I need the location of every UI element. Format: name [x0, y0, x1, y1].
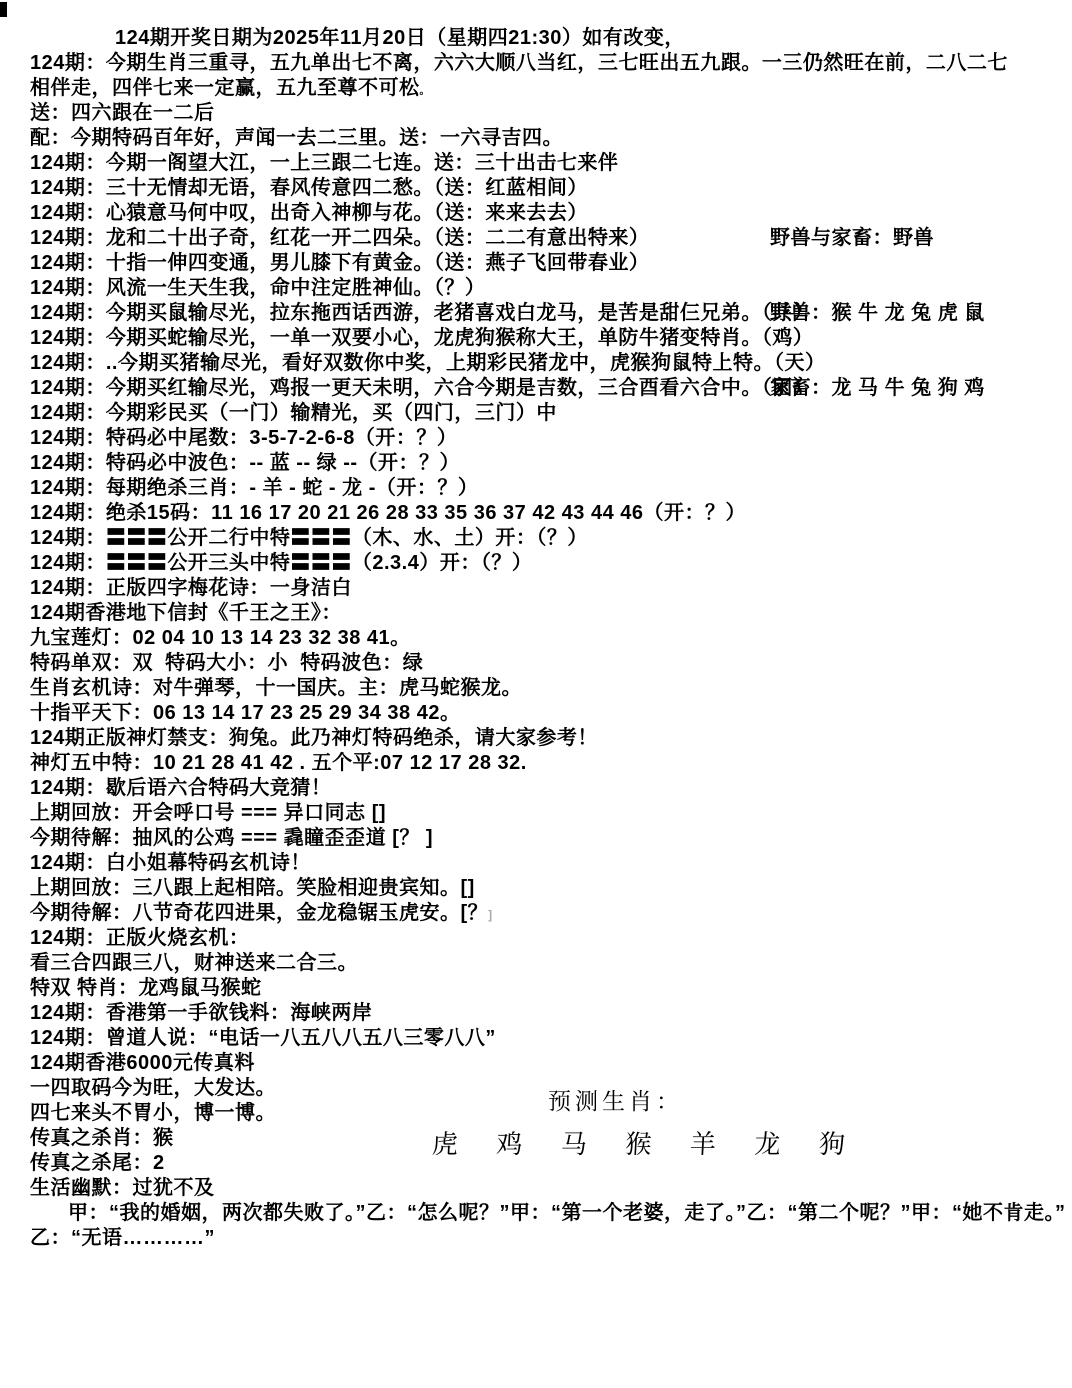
text-line-content: 特码单双：双 特码大小：小 特码波色：绿 — [30, 652, 423, 674]
text-line: 124期：曾道人说：“电话一八五八八五八三零八八” — [30, 1026, 1072, 1051]
text-line: 124期：正版四字梅花诗：一身洁白 — [30, 576, 1072, 601]
text-line-content: 124期：今期彩民买（一门）输精光，买（四门，三门）中 — [30, 402, 557, 424]
text-line: 124期：今期一阁望大江，一上三跟二七连。送：三十出击七来伴 — [30, 151, 1072, 176]
text-line: 124期：今期生肖三重寻，五九单出七不离，六六大顺八当红，三七旺出五九跟。一三仍… — [30, 51, 1072, 76]
text-line-content: 相伴走，四伴七来一定赢，五九至尊不可松 — [30, 77, 420, 99]
text-line: 神灯五中特：10 21 28 41 42 . 五个平:07 12 17 28 3… — [30, 751, 1072, 776]
text-line-content: 124期：特码必中波色：-- 蓝 -- 绿 --（开：？） — [30, 452, 460, 474]
text-line-content: 一四取码今为旺，大发达。 — [30, 1077, 276, 1099]
text-line-content: 上期回放：三八跟上起相陪。笑脸相迎贵宾知。[] — [30, 877, 475, 899]
text-line: 相伴走，四伴七来一定赢，五九至尊不可松。 — [30, 76, 1072, 101]
text-line-content: 九宝莲灯：02 04 10 13 14 23 32 38 41。 — [30, 627, 411, 649]
text-line-content: 124期：白小姐幕特码玄机诗！ — [30, 852, 311, 874]
text-line: 乙：“无语…………” — [30, 1226, 1072, 1251]
beast-block-domestic: 家畜：龙 马 牛 兔 狗 鸡 — [770, 376, 985, 401]
text-line: 124期香港6000元传真料 — [30, 1051, 1072, 1076]
text-line: 生活幽默：过犹不及 — [30, 1176, 1072, 1201]
text-line-content: 配：今期特码百年好，声闻一去二三里。送：一六寻吉四。 — [30, 127, 563, 149]
text-line-content: 神灯五中特：10 21 28 41 42 . 五个平:07 12 17 28 3… — [30, 752, 527, 774]
text-line: 124期：〓〓〓公开三头中特〓〓〓（2.3.4）开：（？） — [30, 551, 1072, 576]
text-line-content: 124期香港地下信封《千王之王》： — [30, 602, 342, 624]
text-line: 124期：香港第一手欲钱料：海峡两岸 — [30, 1001, 1072, 1026]
beast-block-header: 野兽与家畜：野兽 — [770, 226, 985, 251]
text-line: 上期回放：三八跟上起相陪。笑脸相迎贵宾知。[] — [30, 876, 1072, 901]
text-line: 124期：正版火烧玄机： — [30, 926, 1072, 951]
text-line-content: 124期：每期绝杀三肖：- 羊 - 蛇 - 龙 -（开：？） — [30, 477, 478, 499]
text-line: 配：今期特码百年好，声闻一去二三里。送：一六寻吉四。 — [30, 126, 1072, 151]
text-line: 上期回放：开会呼口号 === 异口同志 [] — [30, 801, 1072, 826]
text-line-content: 124期正版神灯禁支：狗兔。此乃神灯特码绝杀，请大家参考！ — [30, 727, 598, 749]
text-line-content: 124期：风流一生天生我，命中注定胜神仙。（？） — [30, 277, 485, 299]
text-line-content: 十指平天下：06 13 14 17 23 25 29 34 38 42。 — [30, 702, 460, 724]
text-line-content: 124期：龙和二十出子奇，红花一开二四朵。（送：二二有意出特来） — [30, 227, 649, 249]
text-line-content: 124期：绝杀15码：11 16 17 20 21 26 28 33 35 36… — [30, 502, 746, 524]
lottery-fax-sheet: 124期开奖日期为2025年11月20日（星期四21:30）如有改变，124期：… — [0, 0, 1072, 1388]
text-line: 今期待解：抽风的公鸡 === 毳瞳歪歪道 [？ ] — [30, 826, 1072, 851]
draw-date-title: 124期开奖日期为2025年11月20日（星期四21:30）如有改变， — [115, 26, 1072, 51]
small-suffix-mark: 。 — [420, 86, 431, 97]
text-line-content: 生活幽默：过犹不及 — [30, 1177, 215, 1199]
text-line-content: 124期：〓〓〓公开二行中特〓〓〓（木、水、土）开：（？） — [30, 527, 588, 549]
text-line-content: 124期：心猿意马何中叹，出奇入神柳与花。（送：来来去去） — [30, 202, 588, 224]
text-line: 送：四六跟在一二后 — [30, 101, 1072, 126]
scan-corner-mark — [0, 2, 7, 17]
forecast-zodiac-label: 预测生肖： — [548, 1083, 683, 1116]
text-line-content: 124期：今期生肖三重寻，五九单出七不离，六六大顺八当红，三七旺出五九跟。一三仍… — [30, 52, 1008, 74]
text-line: 特码单双：双 特码大小：小 特码波色：绿 — [30, 651, 1072, 676]
text-line: 今期待解：八节奇花四进果，金龙稳锯玉虎安。[？] — [30, 901, 1072, 926]
text-line: 九宝莲灯：02 04 10 13 14 23 32 38 41。 — [30, 626, 1072, 651]
text-line-content: 今期待解：八节奇花四进果，金龙稳锯玉虎安。[？ — [30, 902, 488, 924]
text-line: 看三合四跟三八，财神送来二合三。 — [30, 951, 1072, 976]
text-line-content: 124期：香港第一手欲钱料：海峡两岸 — [30, 1002, 372, 1024]
text-line: 生肖玄机诗：对牛弹琴，十一国庆。主：虎马蛇猴龙。 — [30, 676, 1072, 701]
text-line-content: 乙：“无语…………” — [30, 1227, 215, 1249]
text-line: 124期：特码必中波色：-- 蓝 -- 绿 --（开：？） — [30, 451, 1072, 476]
text-line: 124期香港地下信封《千王之王》： — [30, 601, 1072, 626]
text-line-content: 124期：今期一阁望大江，一上三跟二七连。送：三十出击七来伴 — [30, 152, 618, 174]
text-line-content: 送：四六跟在一二后 — [30, 102, 215, 124]
text-line-content: 124期：正版火烧玄机： — [30, 927, 249, 949]
text-line-content: 上期回放：开会呼口号 === 异口同志 [] — [30, 802, 386, 824]
beast-vs-domestic-block: 野兽与家畜：野兽 野兽：猴 牛 龙 兔 虎 鼠 家畜：龙 马 牛 兔 狗 鸡 — [770, 176, 985, 451]
text-line: 124期：〓〓〓公开二行中特〓〓〓（木、水、土）开：（？） — [30, 526, 1072, 551]
text-line-content: 生肖玄机诗：对牛弹琴，十一国庆。主：虎马蛇猴龙。 — [30, 677, 522, 699]
text-line-content: 124期香港6000元传真料 — [30, 1052, 255, 1074]
text-line: 124期：白小姐幕特码玄机诗！ — [30, 851, 1072, 876]
beast-block-wild: 野兽：猴 牛 龙 兔 虎 鼠 — [770, 301, 985, 326]
text-line-content: 传真之杀尾：2 — [30, 1152, 165, 1174]
faint-suffix-mark: ] — [488, 908, 493, 922]
text-line: 124期：每期绝杀三肖：- 羊 - 蛇 - 龙 -（开：？） — [30, 476, 1072, 501]
text-line: 124期：歇后语六合特码大竞猜！ — [30, 776, 1072, 801]
text-line: 特双 特肖：龙鸡鼠马猴蛇 — [30, 976, 1072, 1001]
text-line-content: 124期：今期买蛇输尽光，一单一双要小心，龙虎狗猴称大王，单防牛猪变特肖。（鸡） — [30, 327, 813, 349]
text-line: 124期正版神灯禁支：狗兔。此乃神灯特码绝杀，请大家参考！ — [30, 726, 1072, 751]
text-line: 甲：“我的婚姻，两次都失败了。”乙：“怎么呢？”甲：“第一个老婆，走了。”乙：“… — [30, 1201, 1072, 1226]
text-line-content: 看三合四跟三八，财神送来二合三。 — [30, 952, 358, 974]
text-line-content: 124期：今期买鼠输尽光，拉东拖西话西游，老猪喜戏白龙马，是苦是甜仨兄弟。（共） — [30, 302, 813, 324]
text-line-content: 124期：..今期买猪输尽光，看好双数你中奖，上期彩民猪龙中，虎猴狗鼠特上特。（… — [30, 352, 825, 374]
text-line-content: 124期：〓〓〓公开三头中特〓〓〓（2.3.4）开：（？） — [30, 552, 532, 574]
text-line-content: 124期开奖日期为2025年11月20日（星期四21:30）如有改变， — [115, 27, 685, 49]
text-line-content: 特双 特肖：龙鸡鼠马猴蛇 — [30, 977, 262, 999]
forecast-zodiac-animals: 虎 鸡 马 猴 羊 龙 狗 — [431, 1124, 862, 1161]
text-line-content: 甲：“我的婚姻，两次都失败了。”乙：“怎么呢？”甲：“第一个老婆，走了。”乙：“… — [68, 1202, 1066, 1224]
text-line-content: 124期：曾道人说：“电话一八五八八五八三零八八” — [30, 1027, 496, 1049]
text-line-content: 124期：正版四字梅花诗：一身洁白 — [30, 577, 352, 599]
text-line-content: 124期：歇后语六合特码大竞猜！ — [30, 777, 331, 799]
text-line: 十指平天下：06 13 14 17 23 25 29 34 38 42。 — [30, 701, 1072, 726]
text-line-content: 124期：十指一伸四变通，男儿膝下有黄金。（送：燕子飞回带春业） — [30, 252, 649, 274]
text-line-content: 124期：特码必中尾数：3-5-7-2-6-8（开：？） — [30, 427, 457, 449]
text-line-content: 今期待解：抽风的公鸡 === 毳瞳歪歪道 [？ ] — [30, 827, 433, 849]
text-line: 124期：绝杀15码：11 16 17 20 21 26 28 33 35 36… — [30, 501, 1072, 526]
text-line-content: 传真之杀肖：猴 — [30, 1127, 174, 1149]
text-line-content: 四七来头不胃小，博一博。 — [30, 1102, 276, 1124]
text-line-content: 124期：三十无情却无语，春风传意四二愁。（送：红蓝相间） — [30, 177, 588, 199]
text-line-content: 124期：今期买红输尽光，鸡报一更天未明，六合今期是吉数，三合酉看六合中。（困） — [30, 377, 813, 399]
